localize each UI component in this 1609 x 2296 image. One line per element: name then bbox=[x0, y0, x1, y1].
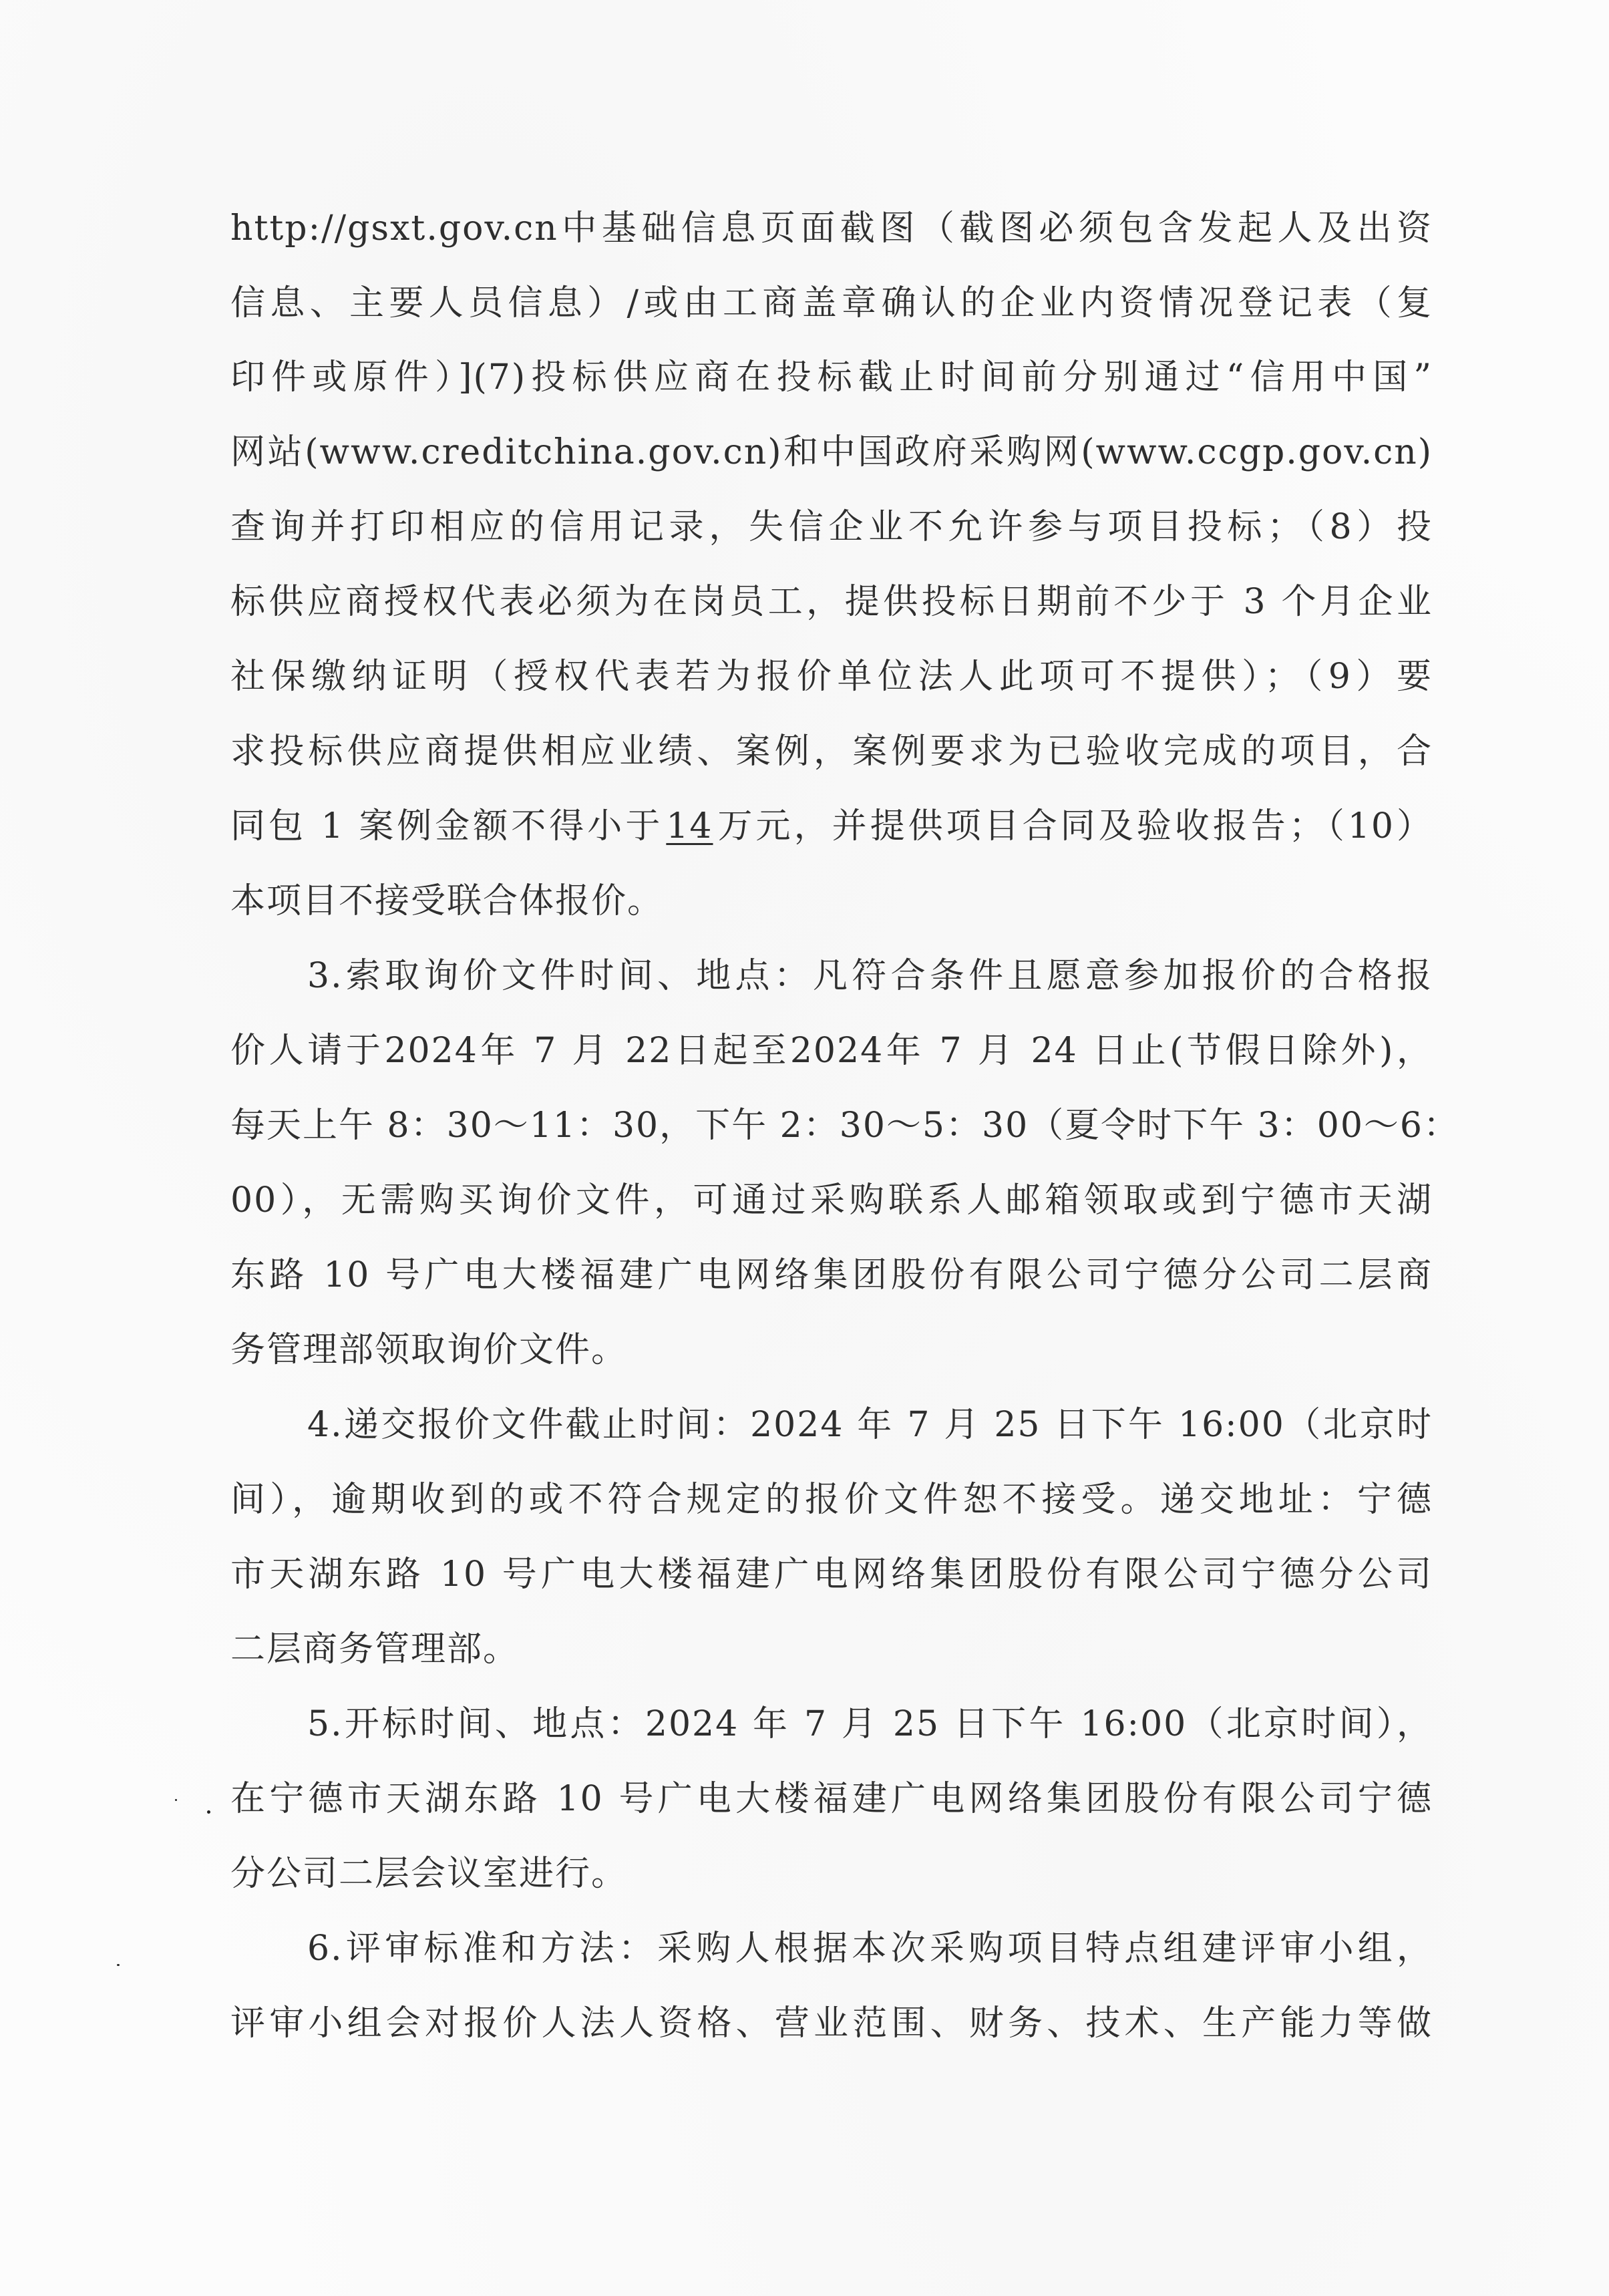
scan-speck bbox=[207, 1810, 210, 1814]
text-line: 分公司二层会议室进行。 bbox=[230, 1847, 1433, 1901]
text-line: 社保缴纳证明（授权代表若为报价单位法人此项可不提供）；（9）要 bbox=[230, 650, 1433, 703]
text-line: 查询并打印相应的信用记录，失信企业不允许参与项目投标；（8）投 bbox=[230, 500, 1433, 554]
text-line: 务管理部领取询价文件。 bbox=[230, 1323, 1433, 1377]
text-line: 评审小组会对报价人法人资格、营业范围、财务、技术、生产能力等做 bbox=[230, 1997, 1433, 2050]
case-amount-prefix: 同包 1 案例金额不得小于 bbox=[230, 806, 663, 846]
text-line: 00），无需购买询价文件，可通过采购联系人邮箱领取或到宁德市天湖 bbox=[230, 1174, 1433, 1227]
case-amount-value: 14 bbox=[663, 806, 715, 846]
text-line-case-amount: 同包 1 案例金额不得小于14万元，并提供项目合同及验收报告；（10） bbox=[230, 800, 1433, 853]
text-line: 印件或原件）](7)投标供应商在投标截止时间前分别通过“信用中国” bbox=[230, 351, 1433, 404]
case-amount-suffix: 万元，并提供项目合同及验收报告；（10） bbox=[716, 806, 1433, 846]
text-line: 求投标供应商提供相应业绩、案例，案例要求为已验收完成的项目，合 bbox=[230, 725, 1433, 778]
text-line: 网站(www.creditchina.gov.cn)和中国政府采购网(www.c… bbox=[230, 426, 1433, 479]
text-line: http://gsxt.gov.cn中基础信息页面截图（截图必须包含发起人及出资 bbox=[230, 202, 1433, 255]
text-line: 间），逾期收到的或不符合规定的报价文件恕不接受。递交地址：宁德 bbox=[230, 1473, 1433, 1526]
scan-speck bbox=[117, 1964, 120, 1966]
text-line: 东路 10 号广电大楼福建广电网络集团股份有限公司宁德分公司二层商 bbox=[230, 1249, 1433, 1302]
section-3-heading-line: 3.索取询价文件时间、地点：凡符合条件且愿意参加报价的合格报 bbox=[307, 949, 1433, 1003]
text-line: 每天上午 8：30～11：30，下午 2：30～5：30（夏令时下午 3：00～… bbox=[230, 1099, 1433, 1152]
text-line: 标供应商授权代表必须为在岗员工，提供投标日期前不少于 3 个月企业 bbox=[230, 575, 1433, 629]
text-line: 市天湖东路 10 号广电大楼福建广电网络集团股份有限公司宁德分公司 bbox=[230, 1548, 1433, 1601]
section-6-heading-line: 6.评审标准和方法：采购人根据本次采购项目特点组建评审小组， bbox=[307, 1922, 1433, 1975]
text-line: 二层商务管理部。 bbox=[230, 1623, 1433, 1676]
scanned-document-page: http://gsxt.gov.cn中基础信息页面截图（截图必须包含发起人及出资… bbox=[0, 0, 1609, 2296]
text-line: 价人请于2024年 7 月 22日起至2024年 7 月 24 日止(节假日除外… bbox=[230, 1024, 1433, 1078]
section-4-heading-line: 4.递交报价文件截止时间：2024 年 7 月 25 日下午 16:00（北京时 bbox=[307, 1398, 1433, 1452]
text-line: 信息、主要人员信息）/或由工商盖章确认的企业内资情况登记表（复 bbox=[230, 277, 1433, 330]
section-5-heading-line: 5.开标时间、地点：2024 年 7 月 25 日下午 16:00（北京时间）， bbox=[307, 1697, 1433, 1751]
text-line: 在宁德市天湖东路 10 号广电大楼福建广电网络集团股份有限公司宁德 bbox=[230, 1772, 1433, 1826]
text-line: 本项目不接受联合体报价。 bbox=[230, 874, 1433, 928]
scan-speck bbox=[175, 1799, 177, 1801]
